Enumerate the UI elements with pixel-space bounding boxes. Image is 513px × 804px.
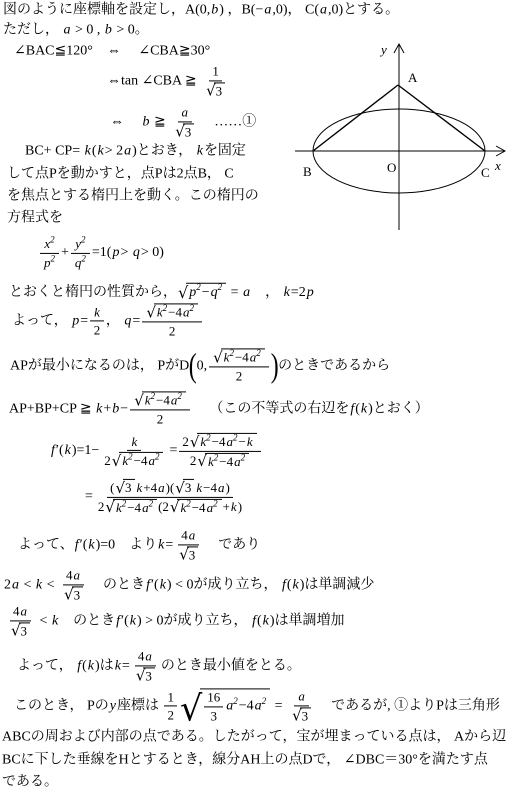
- variable: q2: [74, 255, 87, 271]
- square-root: √k2−4a2−k: [190, 433, 257, 450]
- fraction: 4a√3: [7, 603, 34, 638]
- text-run: ……①: [200, 113, 256, 131]
- text-run: よって、: [18, 536, 74, 554]
- text-run: +: [223, 499, 230, 515]
- denominator: 2: [164, 707, 177, 724]
- variable: a: [297, 688, 306, 704]
- square-root: √p2−q2: [178, 283, 226, 302]
- doc-line: x2p2+y2q2=1(p> q> 0): [38, 236, 164, 270]
- denominator: p2: [40, 254, 59, 271]
- variable: p2: [188, 284, 202, 302]
- text-run: である。: [2, 773, 58, 791]
- radicand: 3: [183, 479, 195, 496]
- denominator: √3: [132, 666, 159, 684]
- denominator: 2: [91, 322, 104, 339]
- denominator: 2√k2−4a2: [187, 452, 253, 470]
- text-run: 3: [74, 587, 81, 603]
- denominator: 2: [154, 410, 167, 427]
- fraction: √k2−4a22: [142, 303, 202, 338]
- denominator: √3: [202, 81, 229, 99]
- text-run: ≧: [151, 113, 170, 131]
- text-run: −4: [212, 434, 226, 450]
- text-run: よって，: [12, 312, 71, 330]
- radicand: k2−4a2: [205, 453, 249, 470]
- text-run: ′(: [151, 576, 159, 594]
- superscript: 2: [262, 696, 267, 706]
- variable: q: [132, 244, 141, 262]
- text-run: )(: [166, 479, 175, 495]
- fraction: a√3: [171, 104, 198, 139]
- text-run: とおくと楕円の性質から，: [9, 283, 177, 301]
- text-run: )は: [95, 657, 114, 675]
- variable: k: [246, 434, 254, 450]
- fraction: x2p2: [40, 236, 59, 270]
- variable: a: [73, 567, 82, 583]
- text-run: −4: [239, 698, 254, 716]
- square-root: √k2−4a2: [105, 499, 157, 516]
- text-run: =: [227, 283, 242, 301]
- text-run: > 0): [141, 244, 164, 262]
- numerator: 2√k2−4a2−k: [179, 433, 260, 452]
- doc-line: ⇔ b ≧ a√3 ……①: [110, 104, 256, 139]
- variable: a2: [249, 349, 262, 365]
- variable: a2: [182, 304, 195, 320]
- variable: k: [96, 142, 104, 160]
- doc-line: 4a√3 < k のときf′(k) > 0が成り立ち， f(k)は単調増加: [5, 603, 345, 638]
- text-run: ただし，: [3, 21, 63, 39]
- square-root: √3: [115, 479, 134, 496]
- variable: a: [157, 479, 166, 495]
- radicand: 3: [72, 586, 84, 603]
- fraction: 2√k2−4a2−k2√k2−4a2: [179, 433, 260, 469]
- fraction: √k2−4a22: [209, 348, 269, 383]
- text-run: =2: [291, 283, 306, 301]
- radicand: k2−4a2: [113, 499, 157, 516]
- text-run: ): [225, 479, 229, 495]
- variable: a: [144, 648, 153, 664]
- text-run: +4: [143, 479, 157, 495]
- variable: a: [188, 527, 197, 543]
- text-run: −4: [134, 453, 148, 469]
- square-root: √3: [292, 707, 311, 724]
- variable: b: [104, 21, 113, 39]
- superscript: 2: [196, 282, 201, 292]
- text-run: AP+BP+CP ≧: [9, 400, 95, 418]
- text-run: であるが, ①よりPは三角形: [317, 697, 500, 715]
- text-run: +: [103, 400, 111, 418]
- doc-line: f′(k)=1−k2√k2−4a2=2√k2−4a2−k2√k2−4a2: [50, 433, 263, 469]
- text-run: ′(: [80, 536, 88, 554]
- square-root: √3: [175, 479, 194, 496]
- numerator: a: [178, 104, 193, 122]
- denominator: √3: [171, 122, 198, 140]
- variable: k2: [223, 349, 235, 365]
- text-run: して点Pを動かすと，点Pは2点B， C: [7, 165, 234, 183]
- variable: k2: [179, 500, 191, 516]
- fraction: 12: [164, 689, 177, 723]
- radicand: 3: [143, 667, 155, 684]
- numerator: √k2−4a2: [209, 348, 269, 367]
- variable: k: [262, 612, 270, 630]
- text-run: 3: [216, 83, 223, 99]
- text-run: ): [238, 499, 242, 515]
- variable: k: [196, 142, 204, 160]
- variable: b: [142, 113, 151, 131]
- square-root: √163a2−4a2: [180, 688, 270, 723]
- text-run: =: [271, 697, 286, 715]
- text-run: 2: [167, 708, 174, 724]
- doc-line: ⇔tan ∠CBA ≧ 1√3: [107, 63, 231, 98]
- numerator: 4a: [178, 527, 199, 545]
- radical-symbol-icon: √: [180, 695, 202, 724]
- superscript: 2: [218, 282, 223, 292]
- text-run: 3: [185, 480, 192, 496]
- text-run: =: [169, 442, 177, 460]
- doc-line: を焦点とする楕円上を動く。この楕円の: [7, 187, 259, 205]
- square-root: √k2−4a2: [112, 452, 164, 469]
- text-run: −4: [219, 454, 233, 470]
- text-run: 3: [125, 480, 132, 496]
- text-run: 3: [211, 708, 218, 724]
- numerator: 16: [204, 689, 223, 707]
- text-run: 2: [169, 323, 176, 339]
- denominator: 2√k2−4a2: [101, 451, 167, 469]
- fraction: (√3k+4a)(√3k−4a)2√k2−4a2(2√k2−4a2+k): [95, 479, 245, 515]
- coordinate-figure: y A B O C x: [291, 38, 513, 234]
- square-root: √k2−4a2: [134, 391, 186, 408]
- text-run: 2: [94, 323, 101, 339]
- text-run: ) > 0が成り立ち，: [137, 612, 251, 630]
- text-run: =: [85, 488, 93, 506]
- text-run: BCに下した垂線をHとするとき，線分AH上の点Dで， ∠DBC＝30°を満たす点: [2, 751, 488, 769]
- fraction: k2√k2−4a2: [101, 433, 167, 468]
- variable: a2: [141, 500, 154, 516]
- radicand: 3: [214, 82, 226, 99]
- text-run: −4: [127, 500, 141, 516]
- text-run: のときであるから: [278, 357, 390, 375]
- text-run: 座標は: [117, 697, 163, 715]
- variable: a: [20, 603, 29, 619]
- text-run: > 0。: [113, 21, 149, 39]
- superscript: 2: [214, 452, 219, 462]
- text-run: <: [20, 576, 35, 594]
- superscript: 2: [206, 433, 211, 443]
- superscript: 2: [51, 253, 56, 263]
- doc-line: BCに下した垂線をHとするとき，線分AH上の点Dで， ∠DBC＝30°を満たす点: [2, 751, 488, 769]
- text-run: 2: [98, 499, 105, 515]
- variable: k: [230, 499, 238, 515]
- document-page: 図のように座標軸を設定し，A(0,b) ，B(−a,0)， C(a,0)とする。…: [0, 0, 513, 804]
- radicand: p2−q2: [186, 283, 226, 302]
- superscript: 2: [256, 348, 261, 358]
- text-run: )とおく）: [368, 400, 429, 418]
- radicand: k2−4a2: [119, 452, 163, 469]
- text-run: 2: [104, 453, 111, 469]
- figure-svg: y A B O C x: [291, 38, 513, 234]
- superscript: 2: [163, 303, 168, 313]
- text-run: 2: [190, 453, 197, 469]
- variable: k: [157, 536, 165, 554]
- text-run: −: [120, 400, 128, 418]
- triangle-side-AC: [398, 85, 485, 151]
- variable: a: [263, 1, 272, 19]
- denominator: √3: [60, 585, 87, 603]
- superscript: 2: [128, 452, 133, 462]
- fraction: 163: [204, 689, 223, 723]
- doc-line: ただし， a > 0 , b > 0。: [3, 21, 149, 39]
- square-root: √3: [206, 82, 225, 99]
- variable: k: [87, 536, 95, 554]
- variable: a: [319, 1, 328, 19]
- doc-line: 図のように座標軸を設定し，A(0,b) ，B(−a,0)， C(a,0)とする。: [3, 1, 399, 19]
- text-run: 3: [185, 124, 192, 140]
- fraction: 4a√3: [132, 648, 159, 683]
- radicand: 3: [300, 707, 312, 724]
- triangle-side-BA: [313, 85, 398, 151]
- fraction: 4a√3: [60, 567, 87, 602]
- text-run: −4: [156, 392, 170, 408]
- text-run: (2: [158, 499, 169, 515]
- radicand: 3: [187, 546, 199, 563]
- variable: a: [181, 104, 190, 120]
- text-run: =: [80, 312, 88, 330]
- text-run: 2: [4, 576, 11, 594]
- variable: k: [87, 657, 95, 675]
- variable: q: [123, 312, 132, 330]
- denominator: 2√k2−4a2(2√k2−4a2+k): [95, 498, 245, 516]
- variable: k2: [144, 392, 156, 408]
- text-run: ,0)とする。: [328, 1, 399, 19]
- text-run: 2: [157, 411, 164, 427]
- variable: k: [136, 479, 144, 495]
- variable: k2: [115, 500, 127, 516]
- variable: k: [360, 400, 368, 418]
- variable: k: [64, 442, 72, 460]
- square-root: √k2−4a2: [197, 453, 249, 470]
- text-run: 3: [189, 547, 196, 563]
- point-B-label: B: [303, 164, 312, 179]
- doc-line: よって、f′(k)=0 よりk=4a√3 であり: [18, 527, 260, 562]
- text-run: 0,: [197, 357, 208, 375]
- text-run: > 0 ,: [72, 21, 104, 39]
- variable: b: [111, 400, 120, 418]
- doc-line: ∠BAC≦120° ⇔ ∠CBA≧30°: [14, 42, 210, 60]
- denominator: 2: [166, 322, 179, 339]
- fraction: y2q2: [71, 236, 90, 270]
- text-run: BC+ CP=: [25, 142, 84, 160]
- numerator: 1: [209, 63, 222, 81]
- variable: k: [114, 657, 122, 675]
- variable: a: [11, 576, 20, 594]
- square-root: √3: [175, 123, 194, 140]
- square-root: √3: [179, 546, 198, 563]
- text-run: >: [120, 244, 131, 262]
- variable: p: [111, 244, 120, 262]
- denominator: q2: [71, 254, 90, 271]
- text-run: )とおき，: [132, 142, 196, 160]
- doc-line: して点Pを動かすと，点Pは2点B， C: [7, 165, 234, 183]
- text-run: )は単調増加: [270, 612, 345, 630]
- doc-line: このとき， Pのy座標は 12√163a2−4a2 = a√3 であるが, ①よ…: [14, 688, 500, 723]
- text-run: ABCの周および内部の点である。したがって，宝が埋まっている点は， Aから辺: [2, 728, 506, 746]
- radicand: 3: [19, 622, 31, 639]
- denominator: √3: [7, 621, 34, 639]
- text-run: （この不等式の右辺を: [192, 400, 350, 418]
- numerator: (√3k+4a)(√3k−4a): [107, 479, 233, 498]
- variable: k: [129, 612, 137, 630]
- text-run: −4: [168, 304, 182, 320]
- numerator: y2: [71, 236, 89, 254]
- text-run: 3: [145, 668, 152, 684]
- square-root: √k2−4a2: [170, 499, 222, 516]
- doc-line: AP+BP+CP ≧ k+b−√k2−4a22 （この不等式の右辺をf(k)とお…: [9, 391, 429, 426]
- text-run: のとき: [89, 576, 145, 594]
- variable: x2: [43, 236, 55, 252]
- numerator: k: [90, 304, 104, 322]
- square-root: √k2−4a2: [146, 303, 198, 320]
- variable: b: [210, 1, 219, 19]
- text-run: −: [202, 284, 210, 302]
- variable: k: [195, 479, 203, 495]
- variable: k: [283, 283, 291, 301]
- text-run: <: [43, 576, 58, 594]
- variable: k: [130, 433, 138, 449]
- numerator: a: [294, 688, 309, 706]
- fraction: 1√3: [202, 63, 229, 98]
- text-run: 方程式を: [7, 209, 63, 227]
- text-run: =: [165, 536, 173, 554]
- text-run: −: [239, 434, 246, 450]
- variable: a2: [206, 500, 219, 516]
- radicand: k2−4a2: [142, 391, 186, 408]
- superscript: 2: [155, 452, 160, 462]
- text-run: −4: [235, 349, 249, 365]
- denominator: √3: [288, 706, 315, 724]
- text-run: 16: [207, 689, 220, 705]
- doc-line: =(√3k+4a)(√3k−4a)2√k2−4a2(2√k2−4a2+k): [85, 479, 247, 515]
- radicand: k2−4a2−k: [197, 433, 256, 450]
- text-run: )は単調減少: [300, 576, 375, 594]
- y-axis-label: y: [379, 42, 387, 57]
- superscript: 2: [186, 498, 191, 508]
- numerator: k: [127, 433, 141, 451]
- variable: a2: [147, 453, 160, 469]
- text-run: =: [122, 657, 130, 675]
- denominator: 3: [208, 707, 221, 724]
- variable: k2: [199, 434, 211, 450]
- superscript: 2: [233, 696, 238, 706]
- variable: a: [242, 283, 251, 301]
- square-root: √3: [136, 667, 155, 684]
- variable: p2: [43, 255, 56, 271]
- superscript: 2: [229, 348, 234, 358]
- text-run: 3: [21, 623, 28, 639]
- superscript: 2: [81, 235, 86, 245]
- text-run: ∠BAC≦120° ⇔ ∠CBA≧30°: [14, 42, 210, 60]
- superscript: 2: [213, 498, 218, 508]
- variable: a2: [226, 434, 239, 450]
- text-run: ⇔: [110, 113, 142, 131]
- square-root: √3: [64, 586, 83, 603]
- variable: k: [159, 576, 167, 594]
- text-run: を焦点とする楕円上を動く。この楕円の: [7, 187, 259, 205]
- doc-line: APが最小になるのは， PがD(0,√k2−4a22)のときであるから: [10, 348, 390, 383]
- superscript: 2: [149, 498, 154, 508]
- text-run: 図のように座標軸を設定し，A(0,: [3, 1, 210, 19]
- variable: k: [93, 304, 101, 320]
- numerator: 4a: [10, 603, 31, 621]
- variable: a: [217, 479, 226, 495]
- variable: k2: [207, 454, 219, 470]
- text-run: ) ，B(−: [219, 1, 263, 19]
- variable: a2: [170, 392, 183, 408]
- text-run: )=1−: [72, 442, 99, 460]
- superscript: 2: [50, 235, 55, 245]
- fraction: 4a√3: [175, 527, 202, 562]
- variable: k2: [121, 453, 133, 469]
- radicand: k2−4a2: [177, 499, 221, 516]
- variable: p: [71, 312, 80, 330]
- text-run: を固定: [204, 142, 246, 160]
- text-run: ，: [251, 283, 283, 301]
- point-A-label: A: [408, 70, 418, 85]
- variable: k2: [156, 304, 168, 320]
- square-root: √k2−4a2: [213, 348, 265, 365]
- numerator: x2: [40, 236, 58, 254]
- text-run: =: [132, 312, 140, 330]
- variable: p: [306, 283, 315, 301]
- text-run: ′(: [56, 442, 64, 460]
- doc-line: とおくと楕円の性質から，√p2−q2 = a ， k=2p: [9, 283, 315, 302]
- numerator: 4a: [135, 648, 156, 666]
- superscript: 2: [177, 391, 182, 401]
- doc-line: 方程式を: [7, 209, 63, 227]
- superscript: 2: [241, 452, 246, 462]
- text-run: +: [61, 244, 69, 262]
- text-run: 1: [212, 63, 219, 79]
- variable: a2: [233, 454, 246, 470]
- x-axis-label: x: [494, 158, 501, 173]
- text-run: このとき， Pの: [14, 697, 109, 715]
- variable: q2: [210, 284, 224, 302]
- variable: a2: [254, 698, 268, 716]
- fraction: a√3: [288, 688, 315, 723]
- doc-line: BC+ CP= k(k> 2a)とおき， kを固定: [25, 142, 246, 160]
- text-run: ) < 0が成り立ち，: [167, 576, 281, 594]
- variable: k: [95, 400, 103, 418]
- text-run: よって，: [17, 657, 76, 675]
- variable: k: [84, 142, 92, 160]
- variable: a2: [225, 698, 239, 716]
- superscript: 2: [122, 498, 127, 508]
- text-run: ′(: [121, 612, 129, 630]
- square-root: √3: [11, 622, 30, 639]
- variable: a: [123, 142, 132, 160]
- text-run: のとき: [59, 612, 115, 630]
- radicand: k2−4a2: [154, 303, 198, 320]
- variable: y: [109, 697, 117, 715]
- doc-line: である。: [2, 773, 58, 791]
- superscript: 2: [151, 391, 156, 401]
- text-run: =1(: [92, 244, 112, 262]
- variable: k: [51, 612, 59, 630]
- doc-line: よって， p=k2， q=√k2−4a22: [12, 303, 204, 338]
- superscript: 2: [233, 433, 238, 443]
- text-run: )=0 より: [96, 536, 158, 554]
- text-run: であり: [204, 536, 260, 554]
- radicand: k2−4a2: [221, 348, 265, 365]
- text-run: −4: [192, 500, 206, 516]
